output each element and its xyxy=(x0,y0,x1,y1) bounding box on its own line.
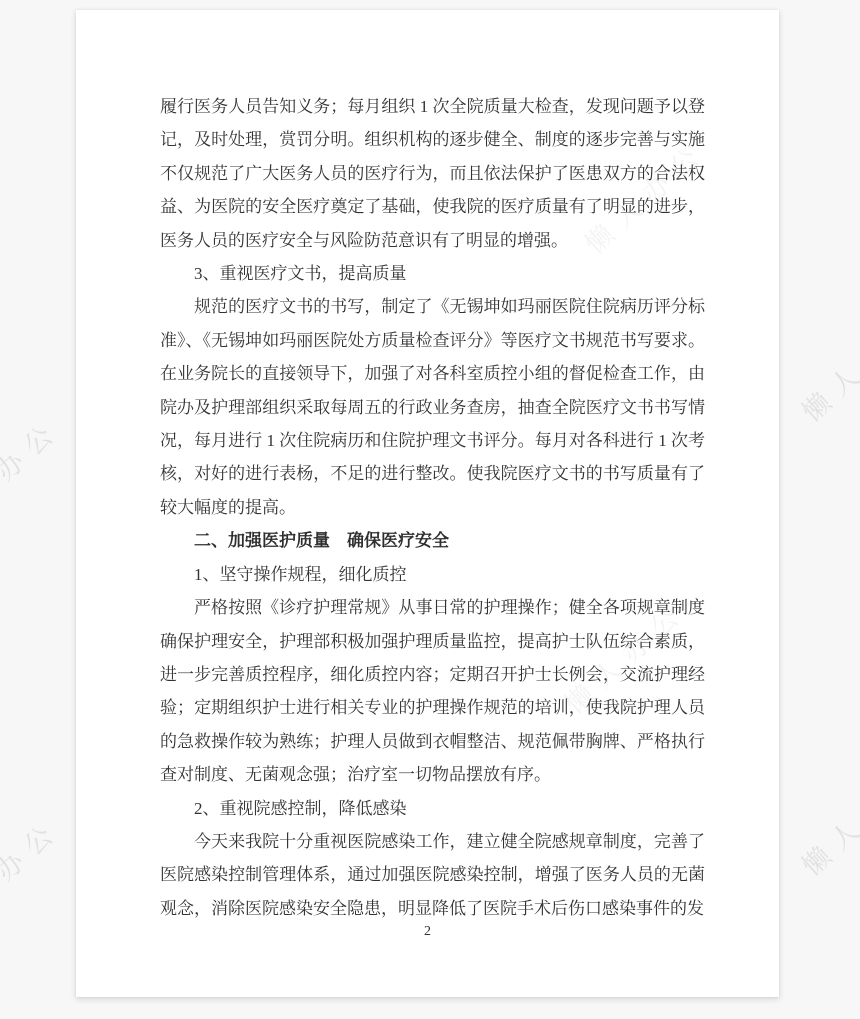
watermark-text: 懒人办公 xyxy=(0,408,68,539)
document-body: 履行医务人员告知义务；每月组织 1 次全院质量大检查，发现问题予以登记，及时处理… xyxy=(160,90,705,925)
page-number: 2 xyxy=(76,924,779,940)
paragraph-infection: 今天来我院十分重视医院感染工作，建立健全院感规章制度，完善了医院感染控制管理体系… xyxy=(160,825,705,925)
watermark-text: 懒人办公 xyxy=(792,298,860,429)
watermark-text: 懒人办公 xyxy=(792,752,860,883)
paragraph-nursing: 严格按照《诊疗护理常规》从事日常的护理操作；健全各项规章制度确保护理安全，护理部… xyxy=(160,591,705,791)
paragraph-continuation: 履行医务人员告知义务；每月组织 1 次全院质量大检查，发现问题予以登记，及时处理… xyxy=(160,90,705,257)
paragraph-medical-records: 规范的医疗文书的书写，制定了《无锡坤如玛丽医院住院病历评分标准》、《无锡坤如玛丽… xyxy=(160,290,705,524)
document-viewer: 懒人办公 懒人办公 懒人办公 懒人办公 懒人办公 懒人办公 履行医务人员告知义务… xyxy=(0,0,860,1019)
item-heading-2: 2、重视院感控制，降低感染 xyxy=(160,792,705,825)
item-heading-1: 1、坚守操作规程，细化质控 xyxy=(160,558,705,591)
document-page: 懒人办公 懒人办公 懒人办公 懒人办公 懒人办公 懒人办公 履行医务人员告知义务… xyxy=(76,10,779,997)
section-heading-2: 二、加强医护质量 确保医疗安全 xyxy=(160,524,705,557)
watermark-text: 懒人办公 xyxy=(0,808,68,939)
item-heading-3: 3、重视医疗文书，提高质量 xyxy=(160,257,705,290)
